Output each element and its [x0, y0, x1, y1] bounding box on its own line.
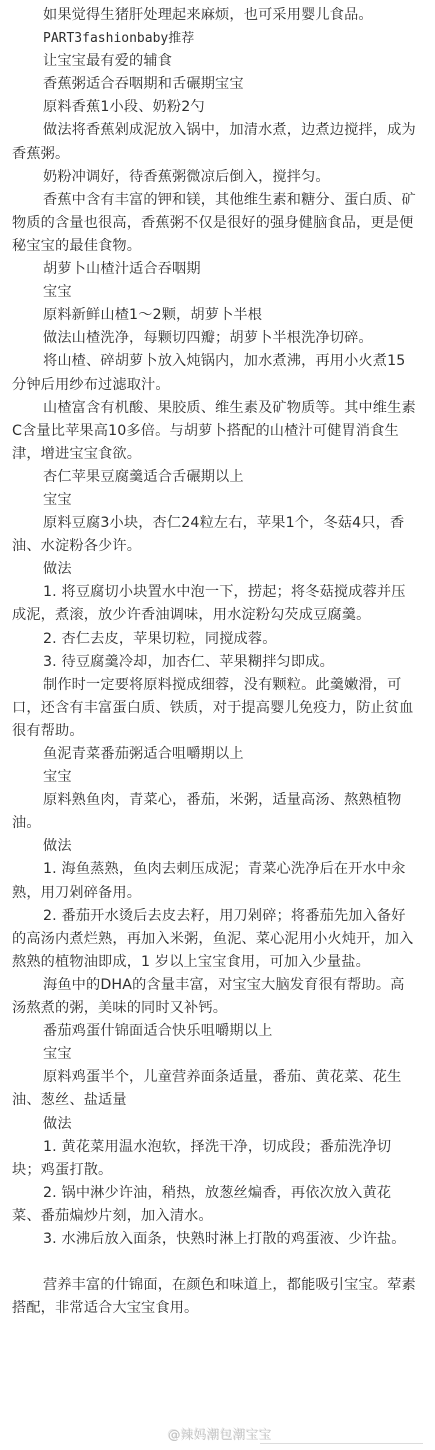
recipe-note: 山楂富含有机酸、果胶质、维生素及矿物质等。其中维生素C含量比苹果高10多倍。与胡…	[12, 397, 417, 466]
recipe-title: 鱼泥青菜番茄粥适合咀嚼期以上	[12, 743, 417, 766]
recipe-ingredients: 原料新鲜山楂1～2颗，胡萝卜半根	[12, 304, 417, 327]
blank-line	[12, 1251, 417, 1274]
recipe-step: 奶粉冲调好，待香蕉粥微凉后倒入，搅拌匀。	[12, 166, 417, 189]
recipe-step: 1. 黄花菜用温水泡软，择洗干净，切成段；番茄洗净切块；鸡蛋打散。	[12, 1136, 417, 1182]
recipe-title: 胡萝卜山楂汁适合吞咽期	[12, 258, 417, 281]
recipe-step: 2. 杏仁去皮，苹果切粒，同搅成蓉。	[12, 628, 417, 651]
section-heading: PART3fashionbaby推荐	[12, 27, 417, 50]
method-label: 做法	[12, 835, 417, 858]
recipe-step: 3. 待豆腐羹冷却，加杏仁、苹果糊拌匀即成。	[12, 651, 417, 674]
method-label: 做法	[12, 1113, 417, 1136]
watermark-divider	[260, 1443, 423, 1444]
watermark: @辣妈潮包潮宝宝	[168, 1425, 272, 1443]
recipe-step: 2. 锅中淋少许油，稍热，放葱丝煸香，再依次放入黄花菜、番茄煸炒片刻，加入清水。	[12, 1182, 417, 1228]
recipe-note: 制作时一定要将原料搅成细蓉，没有颗粒。此羹嫩滑，可口，还含有丰富蛋白质、铁质，对…	[12, 674, 417, 743]
recipe-ingredients: 原料鸡蛋半个，儿童营养面条适量，番茄、黄花菜、花生油、葱丝、盐适量	[12, 1066, 417, 1112]
recipe-title: 香蕉粥适合吞咽期和舌碾期宝宝	[12, 73, 417, 96]
recipe-method: 做法将香蕉剁成泥放入锅中，加清水煮，边煮边搅拌，成为香蕉粥。	[12, 119, 417, 165]
recipe-title-cont: 宝宝	[12, 281, 417, 304]
recipe-step: 将山楂、碎胡萝卜放入炖锅内，加水煮沸，再用小火煮15分钟后用纱布过滤取汁。	[12, 350, 417, 396]
recipe-title-cont: 宝宝	[12, 766, 417, 789]
recipe-ingredients: 原料香蕉1小段、奶粉2勺	[12, 96, 417, 119]
recipe-note: 海鱼中的DHA的含量丰富，对宝宝大脑发育很有帮助。高汤熬煮的粥，美味的同时又补钙…	[12, 974, 417, 1020]
method-label: 做法	[12, 558, 417, 581]
recipe-step: 1. 海鱼蒸熟，鱼肉去刺压成泥；青菜心洗净后在开水中汆熟，用刀剁碎备用。	[12, 858, 417, 904]
paragraph: 如果觉得生猪肝处理起来麻烦，也可采用婴儿食品。	[12, 4, 417, 27]
recipe-step: 3. 水沸后放入面条，快熟时淋上打散的鸡蛋液、少许盐。	[12, 1228, 417, 1251]
recipe-method: 做法山楂洗净，每颗切四瓣；胡萝卜半根洗净切碎。	[12, 327, 417, 350]
recipe-title: 杏仁苹果豆腐羹适合舌碾期以上	[12, 466, 417, 489]
article-body: 如果觉得生猪肝处理起来麻烦，也可采用婴儿食品。 PART3fashionbaby…	[12, 4, 417, 1320]
recipe-title-cont: 宝宝	[12, 489, 417, 512]
recipe-step: 2. 番茄开水烫后去皮去籽，用刀剁碎；将番茄先加入备好的高汤内煮烂熟，再加入米粥…	[12, 905, 417, 974]
recipe-note: 香蕉中含有丰富的钾和镁，其他维生素和糖分、蛋白质、矿物质的含量也很高，香蕉粥不仅…	[12, 189, 417, 258]
recipe-ingredients: 原料熟鱼肉，青菜心，番茄，米粥，适量高汤、熬熟植物油。	[12, 789, 417, 835]
recipe-title-cont: 宝宝	[12, 1043, 417, 1066]
recipe-step: 1. 将豆腐切小块置水中泡一下，捞起；将冬菇搅成蓉并压成泥，煮滚，放少许香油调味…	[12, 581, 417, 627]
section-subtitle: 让宝宝最有爱的辅食	[12, 50, 417, 73]
recipe-title: 番茄鸡蛋什锦面适合快乐咀嚼期以上	[12, 1020, 417, 1043]
recipe-ingredients: 原料豆腐3小块，杏仁24粒左右，苹果1个，冬菇4只，香油、水淀粉各少许。	[12, 512, 417, 558]
recipe-note: 营养丰富的什锦面，在颜色和味道上，都能吸引宝宝。荤素搭配，非常适合大宝宝食用。	[12, 1274, 417, 1320]
